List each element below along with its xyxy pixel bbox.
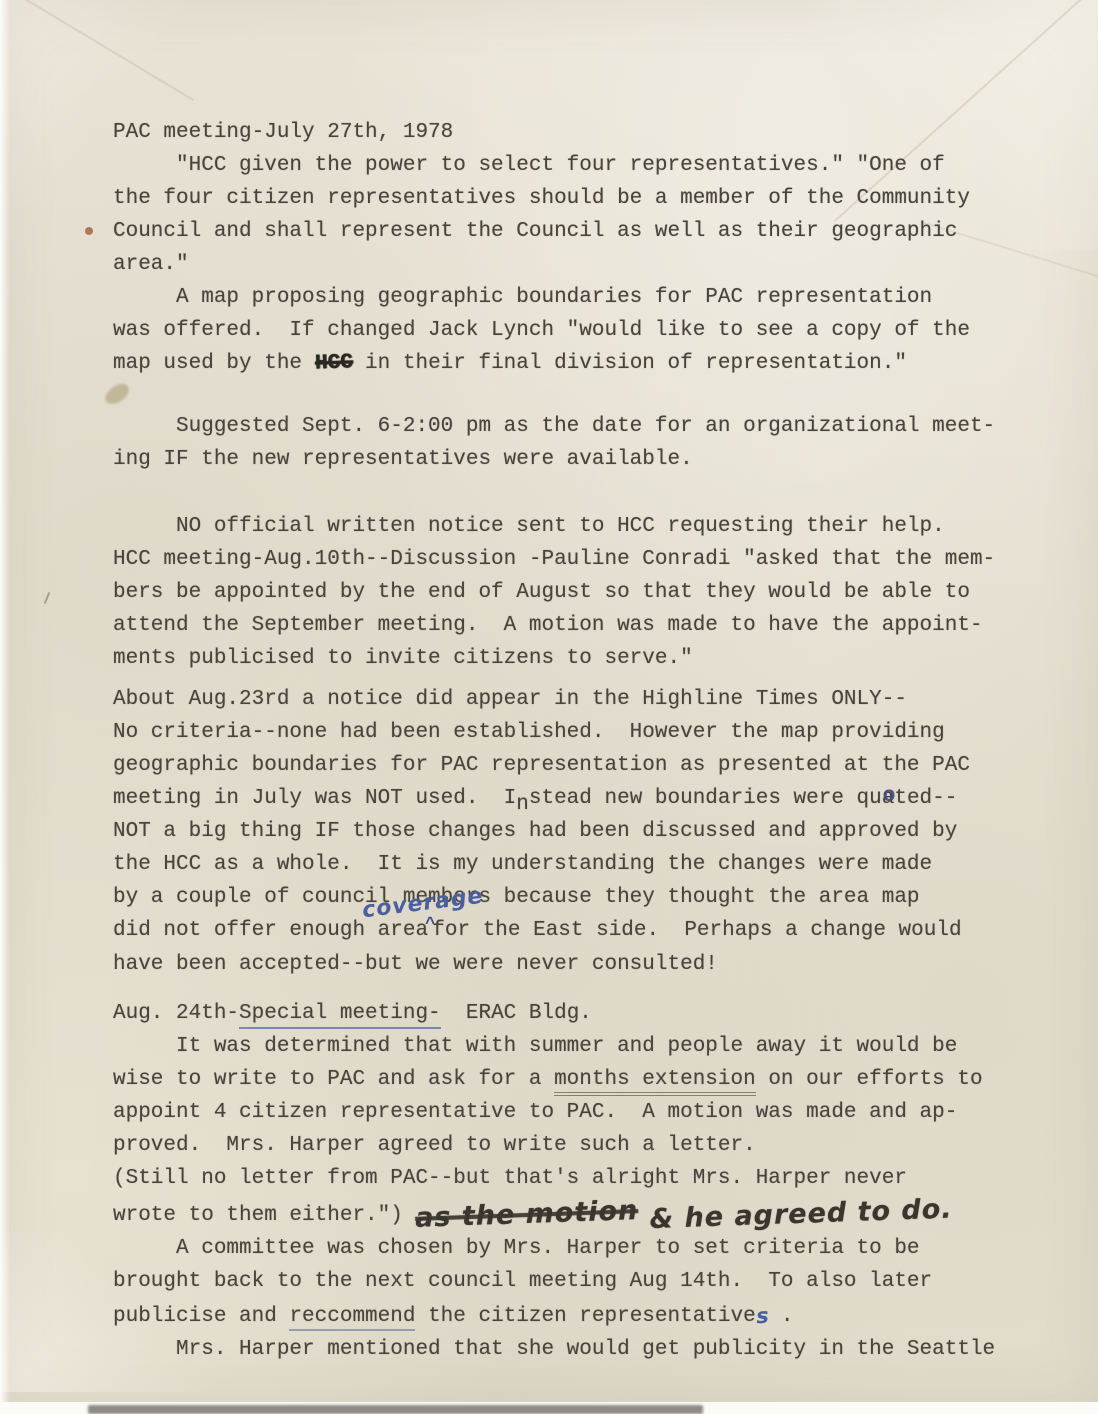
document-line: Suggested Sept. 6-2:00 pm as the date fo… xyxy=(113,410,1033,443)
text-segment: NOT a big thing IF those changes had bee… xyxy=(113,820,957,843)
document-line: A map proposing geographic boundaries fo… xyxy=(113,281,1033,314)
text-segment: ted-- xyxy=(894,787,957,810)
text-segment: brought back to the next council meeting… xyxy=(113,1270,932,1293)
overstruck-hcc: HCC xyxy=(314,346,353,380)
document-line: ing IF the new representatives were avai… xyxy=(113,443,1033,476)
annotated-word-area: areacoverage xyxy=(378,919,428,942)
text-segment: publicise and xyxy=(113,1305,289,1328)
text-segment: attend the September meeting. A motion w… xyxy=(113,614,983,637)
document-line: wrote to them either.") as the motion & … xyxy=(113,1195,1033,1232)
margin-tick-mark xyxy=(44,592,50,604)
document-line: was offered. If changed Jack Lynch "woul… xyxy=(113,314,1033,347)
handwritten-s: s xyxy=(755,1300,770,1334)
document-line: NOT a big thing IF those changes had bee… xyxy=(113,815,1033,848)
underlined-word: reccommend xyxy=(289,1305,415,1331)
text-segment: ERAC Bldg. xyxy=(441,1002,592,1025)
document-line: PAC meeting-July 27th, 1978 xyxy=(113,116,1033,149)
document-line: It was determined that with summer and p… xyxy=(113,1030,1033,1063)
text-segment: did not offer enough xyxy=(113,919,378,942)
document-line: A committee was chosen by Mrs. Harper to… xyxy=(113,1232,1033,1265)
document-line: appoint 4 citizen representative to PAC.… xyxy=(113,1096,1033,1129)
document-line: ments publicised to invite citizens to s… xyxy=(113,642,1033,675)
text-segment: the HCC as a whole. It is my understandi… xyxy=(113,853,932,876)
document-line: by a couple of council members because t… xyxy=(113,881,1033,914)
document-line: bers be appointed by the end of August s… xyxy=(113,576,1033,609)
paper-edge xyxy=(0,0,10,1402)
text-segment: proved. Mrs. Harper agreed to write such… xyxy=(113,1134,756,1157)
blue-ink-correction: ao xyxy=(882,782,895,815)
text-segment: the citizen representative xyxy=(415,1305,755,1328)
text-segment: appoint 4 citizen representative to PAC.… xyxy=(113,1101,957,1124)
text-segment: n xyxy=(516,788,529,821)
text-segment: wise to write to PAC and ask for a xyxy=(113,1068,554,1091)
underlined-heading: Special meeting- xyxy=(239,1002,441,1029)
text-segment: A committee was chosen by Mrs. Harper to… xyxy=(113,1237,920,1260)
text-segment: PAC meeting-July 27th, 1978 xyxy=(113,121,453,144)
document-line: About Aug.23rd a notice did appear in th… xyxy=(113,683,1033,716)
text-segment: HCC meeting-Aug.10th--Discussion -Paulin… xyxy=(113,548,995,571)
text-segment: stead new boundaries were qu xyxy=(529,787,882,810)
handwritten-note: & he agreed to do. xyxy=(638,1193,952,1237)
text-segment: Suggested Sept. 6-2:00 pm as the date fo… xyxy=(113,415,995,438)
scan-shadow xyxy=(88,1405,703,1414)
text-segment: by a couple of council members because t… xyxy=(113,886,920,909)
text-segment: "HCC given the power to select four repr… xyxy=(113,154,945,177)
document-line: Aug. 24th-Special meeting- ERAC Bldg. xyxy=(113,997,1033,1030)
text-segment: ing IF the new representatives were avai… xyxy=(113,448,693,471)
text-segment: on our efforts to xyxy=(756,1068,983,1091)
text-segment: NO official written notice sent to HCC r… xyxy=(113,515,945,538)
document-line: map used by the HCC in their final divis… xyxy=(113,347,1033,380)
scan-bed-edge xyxy=(0,1402,1098,1414)
document-line: wise to write to PAC and ask for a month… xyxy=(113,1063,1033,1096)
document-line: NO official written notice sent to HCC r… xyxy=(113,510,1033,543)
typewritten-text: PAC meeting-July 27th, 1978 "HCC given t… xyxy=(113,116,1033,1366)
text-segment: wrote to them either.") xyxy=(113,1204,415,1227)
document-line: (Still no letter from PAC--but that's al… xyxy=(113,1162,1033,1195)
text-segment: . xyxy=(768,1305,793,1328)
document-line: attend the September meeting. A motion w… xyxy=(113,609,1033,642)
document-line: publicise and reccommend the citizen rep… xyxy=(113,1298,1033,1333)
document-line: proved. Mrs. Harper agreed to write such… xyxy=(113,1129,1033,1162)
text-segment: Aug. 24th- xyxy=(113,1002,239,1025)
text-segment: was offered. If changed Jack Lynch "woul… xyxy=(113,319,970,342)
document-line: geographic boundaries for PAC representa… xyxy=(113,749,1033,782)
text-segment: ments publicised to invite citizens to s… xyxy=(113,647,693,670)
document-line: HCC meeting-Aug.10th--Discussion -Paulin… xyxy=(113,543,1033,576)
document-line: the four citizen representatives should … xyxy=(113,182,1033,215)
insertion-caret: ^ xyxy=(425,915,435,934)
document-line: did not offer enough areacoverage^for th… xyxy=(113,914,1033,948)
text-segment: map used by the xyxy=(113,352,315,375)
document-line: meeting in July was NOT used. Instead ne… xyxy=(113,782,1033,815)
document-line: Mrs. Harper mentioned that she would get… xyxy=(113,1333,1033,1366)
text-segment: meeting in July was NOT used. I xyxy=(113,787,516,810)
text-segment: for the East side. Perhaps a change woul… xyxy=(432,919,961,942)
text-segment: the four citizen representatives should … xyxy=(113,187,970,210)
text-segment: in their final division of representatio… xyxy=(352,352,907,375)
document-line: "HCC given the power to select four repr… xyxy=(113,149,1033,182)
text-segment: Council and shall represent the Council … xyxy=(113,220,957,243)
text-segment: geographic boundaries for PAC representa… xyxy=(113,754,970,777)
underlined-phrase: months extension xyxy=(554,1068,756,1096)
text-segment: bers be appointed by the end of August s… xyxy=(113,581,970,604)
document-line: the HCC as a whole. It is my understandi… xyxy=(113,848,1033,881)
scanned-page: PAC meeting-July 27th, 1978 "HCC given t… xyxy=(0,0,1098,1402)
document-line: No criteria--none had been established. … xyxy=(113,716,1033,749)
text-segment: have been accepted--but we were never co… xyxy=(113,953,718,976)
margin-dot-mark xyxy=(85,227,93,235)
text-segment: area." xyxy=(113,253,189,276)
text-segment: Mrs. Harper mentioned that she would get… xyxy=(113,1338,995,1361)
paper-fold-line xyxy=(0,0,194,101)
document-line: have been accepted--but we were never co… xyxy=(113,948,1033,981)
blue-overwrite-char: o xyxy=(883,780,896,813)
handwritten-struckout: as the motion xyxy=(415,1194,639,1235)
text-segment: (Still no letter from PAC--but that's al… xyxy=(113,1167,907,1190)
text-segment: About Aug.23rd a notice did appear in th… xyxy=(113,688,907,711)
text-segment: It was determined that with summer and p… xyxy=(113,1035,957,1058)
text-segment: A map proposing geographic boundaries fo… xyxy=(113,286,932,309)
document-line: area." xyxy=(113,248,1033,281)
text-segment: No criteria--none had been established. … xyxy=(113,721,945,744)
document-line: Council and shall represent the Council … xyxy=(113,215,1033,248)
document-line: brought back to the next council meeting… xyxy=(113,1265,1033,1298)
